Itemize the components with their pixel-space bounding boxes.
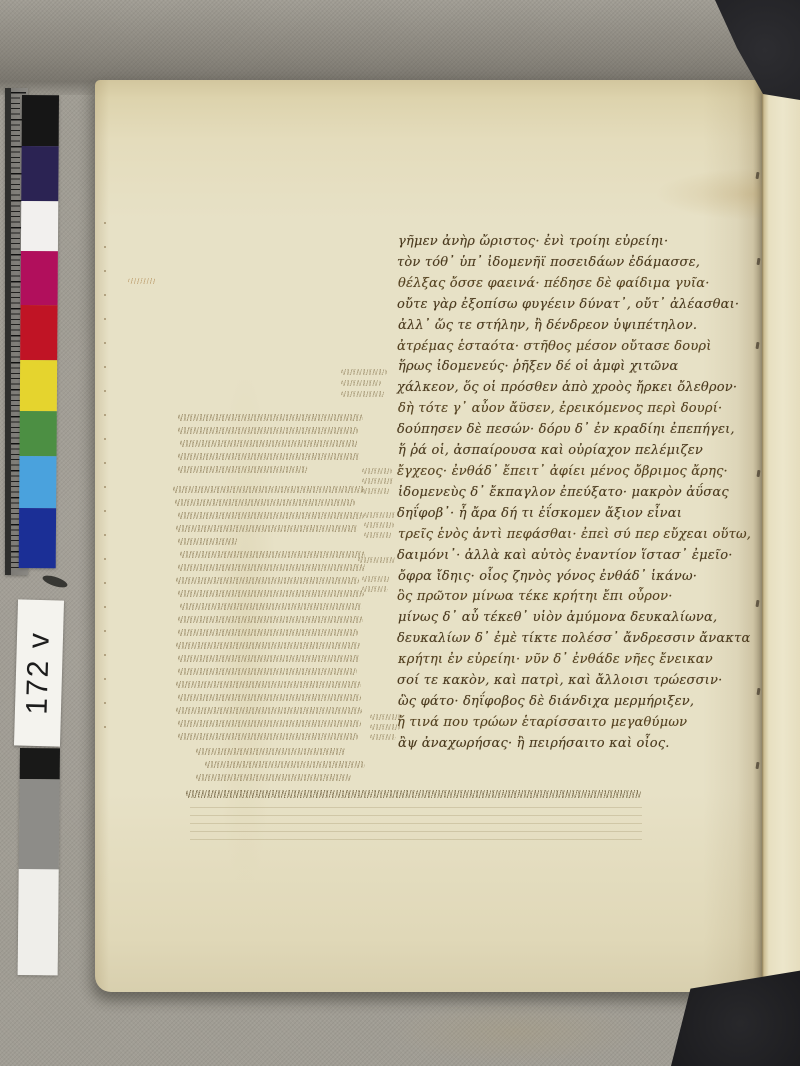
pricking-dot [104, 534, 106, 536]
gutter-sewing-mark [756, 600, 760, 607]
pricking-dot [104, 510, 106, 512]
gutter-sewing-mark [757, 258, 761, 265]
gloss-note [370, 714, 402, 720]
scholia-line [178, 414, 363, 421]
scholia-line [178, 668, 357, 675]
scholia-line [178, 720, 361, 727]
pricking-dot [104, 678, 106, 680]
text-line: χάλκεον, ὅς οἱ πρόσθεν ἀπὸ χροὸς ἤρκει ὄ… [397, 378, 750, 399]
pricking-dot [104, 318, 106, 320]
scholia-line [196, 774, 351, 781]
gloss-note [341, 380, 381, 386]
scholia-line [178, 733, 358, 740]
ruling-line [190, 831, 642, 832]
scholia-line [176, 642, 360, 649]
text-line: γῆμεν ἀνὴρ ὤριστος· ἐνὶ τροίηι εὐρείηι· [398, 232, 751, 253]
scholia-line [176, 681, 361, 688]
text-line: ὄφρα ἴδηις· οἷος ζηνὸς γόνος ἐνθάδ᾽ ἱκάν… [398, 567, 751, 588]
marginal-jotting [128, 278, 156, 284]
gutter-sewing-mark [756, 172, 760, 179]
pricking-dot [104, 270, 106, 272]
text-line: σοί τε κακὸν, καὶ πατρὶ, καὶ ἄλλοισι τρώ… [397, 671, 750, 692]
scholia-line [178, 629, 358, 636]
gloss-note [362, 478, 394, 484]
scholia-line [180, 603, 362, 610]
text-line: θέλξας ὄσσε φαεινά· πέδησε δὲ φαίδιμα γυ… [398, 274, 751, 295]
text-line: ἂψ ἀναχωρήσας· ἢ πειρήσαιτο καὶ οἶος. [398, 734, 751, 755]
pricking-dot [104, 702, 106, 704]
scholia-line [178, 466, 308, 473]
text-line: τρεῖς ἑνὸς ἀντὶ πεφάσθαι· ἐπεὶ σύ περ εὔ… [398, 525, 751, 546]
ruling-line [190, 839, 642, 840]
gloss-note [364, 512, 396, 518]
scholia-line [178, 538, 238, 545]
gloss-note [362, 468, 392, 474]
pricking-dot [104, 342, 106, 344]
scholia-bottom-line [186, 790, 641, 798]
scholia-line [180, 551, 365, 558]
text-line: δὴ τότε γ᾽ αὖον ἄϋσεν, ἐρεικόμενος περὶ … [398, 399, 751, 420]
text-line: ἥ ῥά οἱ, ἀσπαίρουσα καὶ οὐρίαχον πελέμιζ… [398, 441, 751, 462]
pricking-dot [104, 414, 106, 416]
scholia-line [178, 427, 358, 434]
text-line: δαιμόνι᾽· ἀλλὰ καὶ αὐτὸς ἐναντίον ἵστασ᾽… [397, 546, 750, 567]
gloss-note [341, 391, 385, 397]
scholia-line [176, 577, 359, 584]
pricking-dot [104, 606, 106, 608]
scholia-line [176, 525, 358, 532]
gloss-note [370, 724, 400, 730]
ruling-line [190, 823, 642, 824]
gloss-note [364, 522, 394, 528]
text-line: δηΐφοβ᾽· ἦ ἄρα δή τι ἐΐσκομεν ἄξιον εἶνα… [397, 504, 750, 525]
gloss-note [362, 488, 390, 494]
text-line: ἔγχεος· ἐνθάδ᾽ ἔπειτ᾽ ἀφίει μένος ὄβριμο… [397, 462, 750, 483]
text-line: τὸν τόθ᾽ ὑπ᾽ ἰδομενῆϊ ποσειδάων ἐδάμασσε… [397, 253, 750, 274]
text-line: ἥρως ἰδομενεύς· ῥῆξεν δέ οἱ ἀμφὶ χιτῶνα [398, 357, 751, 378]
scholia-line [205, 761, 365, 768]
text-line: ἰδομενεὺς δ᾽ ἔκπαγλον ἐπεύξατο· μακρὸν ἀ… [398, 483, 751, 504]
text-line: ἤ τινά που τρώων ἑταρίσσαιτο μεγαθύμων [397, 713, 750, 734]
scholia-line [178, 655, 360, 662]
pricking-dot [104, 630, 106, 632]
text-line: μίνως δ᾽ αὖ τέκεθ᾽ υἱὸν ἀμύμονα δευκαλίω… [398, 608, 751, 629]
pricking-dot [104, 294, 106, 296]
scholia-line [178, 590, 364, 597]
scholia-line [178, 616, 363, 623]
pricking-dot [104, 462, 106, 464]
main-text: γῆμεν ἀνὴρ ὤριστος· ἐνὶ τροίηι εὐρείηι·τ… [397, 232, 750, 755]
ruling-line [190, 815, 642, 816]
gutter-sewing-mark [756, 762, 760, 769]
scholia-line [175, 499, 355, 506]
manuscript-photograph: 172 v γῆμεν ἀνὴρ ὤριστος· ἐνὶ τροίηι εὐρ… [0, 0, 800, 1066]
pricking-dot [104, 654, 106, 656]
text-line: ἀλλ᾽ ὥς τε στήλην, ἢ δένδρεον ὑψιπέτηλον… [398, 316, 751, 337]
text-line: οὔτε γὰρ ἐξοπίσω φυγέειν δύνατ᾽, οὔτ᾽ ἀλ… [397, 295, 750, 316]
gloss-note [358, 557, 396, 563]
text-line: δευκαλίων δ᾽ ἐμὲ τίκτε πολέσσ᾽ ἄνδρεσσιν… [397, 629, 750, 650]
scholia-line [178, 564, 366, 571]
scholia-line [196, 748, 346, 755]
gloss-note [364, 532, 392, 538]
scholia-line [176, 707, 362, 714]
scholia-line [173, 486, 365, 493]
gloss-note [341, 369, 387, 375]
pricking-dot [104, 726, 106, 728]
pricking-dot [104, 366, 106, 368]
text-line: ὃς πρῶτον μίνωα τέκε κρήτηι ἔπι οὖρον· [397, 587, 750, 608]
pricking-dot [104, 558, 106, 560]
gloss-note [370, 734, 396, 740]
ruling-line [190, 807, 642, 808]
scholia-line [178, 512, 364, 519]
pricking-dot [104, 246, 106, 248]
page-content-overlay: γῆμεν ἀνὴρ ὤριστος· ἐνὶ τροίηι εὐρείηι·τ… [0, 0, 800, 1066]
pricking-dot [104, 486, 106, 488]
scholia-line [180, 440, 358, 447]
text-line: ὣς φάτο· δηΐφοβος δὲ διάνδιχα μερμήριξεν… [398, 692, 751, 713]
pricking-dot [104, 222, 106, 224]
scholia-line [178, 453, 360, 460]
pricking-dot [104, 582, 106, 584]
gutter-sewing-mark [756, 342, 760, 349]
text-line: κρήτηι ἐν εὐρείηι· νῦν δ᾽ ἐνθάδε νῆες ἔν… [398, 650, 751, 671]
pricking-dot [104, 390, 106, 392]
pricking-dot [104, 438, 106, 440]
gloss-note [362, 586, 388, 592]
text-line: ἀτρέμας ἑσταότα· στῆθος μέσον οὔτασε δου… [397, 337, 750, 358]
gutter-sewing-mark [757, 470, 761, 477]
scholia-line [178, 694, 361, 701]
text-line: δούπησεν δὲ πεσών· δόρυ δ᾽ ἐν κραδίηι ἐπ… [397, 420, 750, 441]
gutter-sewing-mark [757, 688, 761, 695]
gloss-note [362, 576, 390, 582]
